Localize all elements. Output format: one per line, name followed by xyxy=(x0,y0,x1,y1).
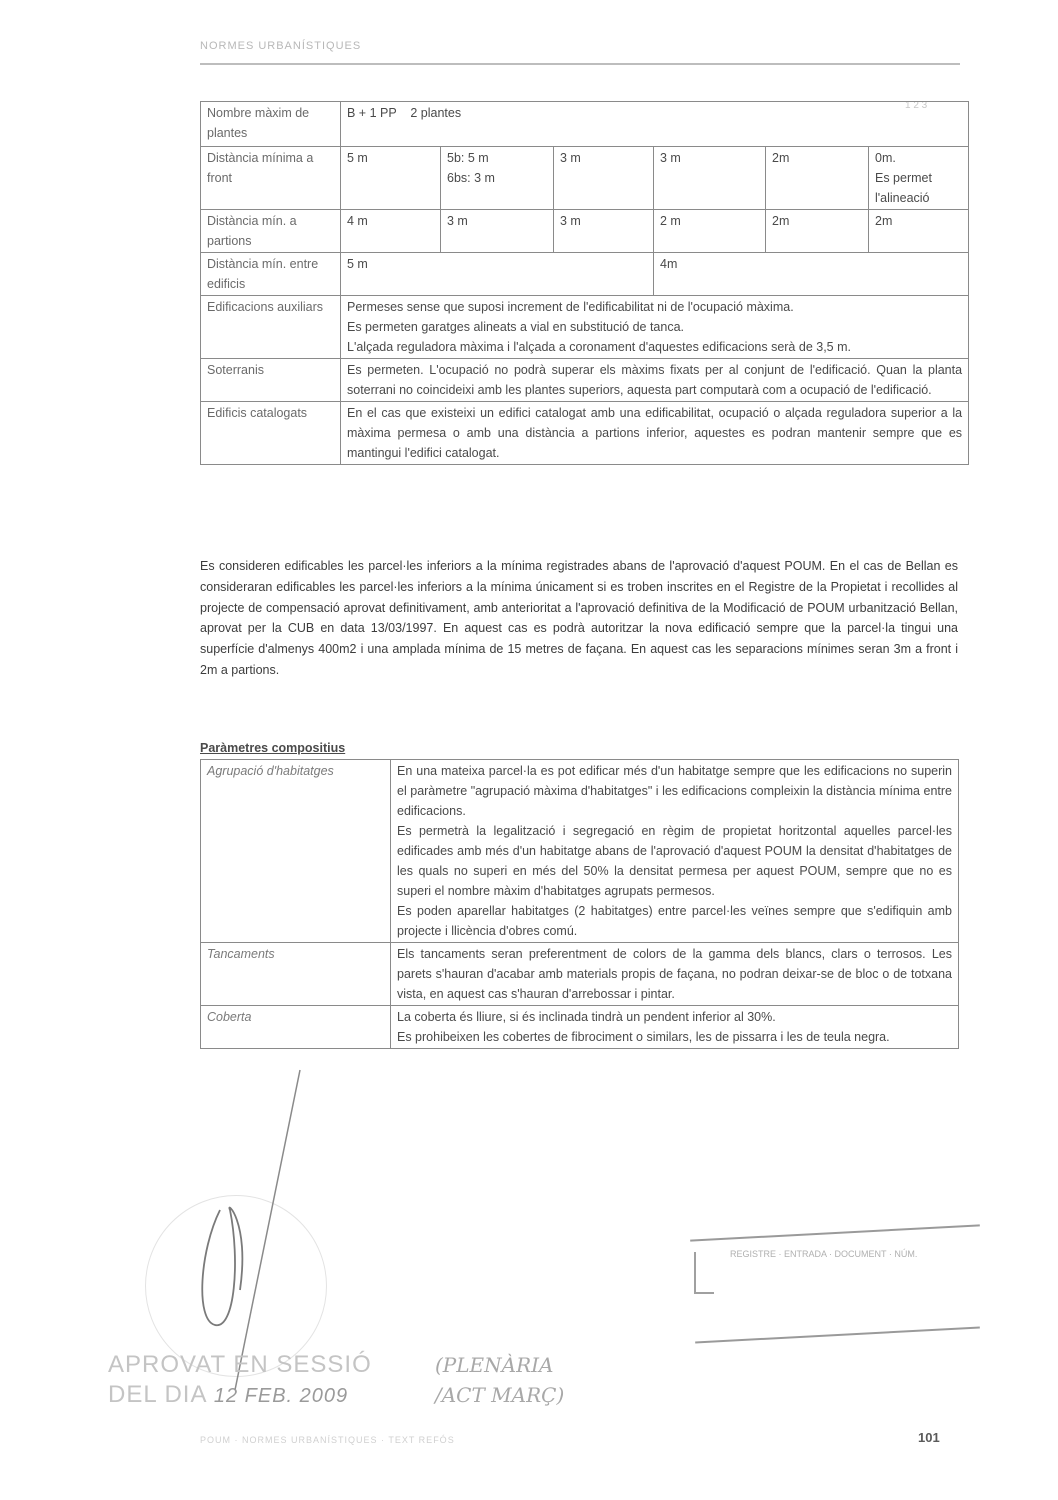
table-row: Distància mín. a partions 4 m 3 m 3 m 2 … xyxy=(201,210,969,253)
approval-date: 12 FEB. 2009 xyxy=(214,1385,348,1407)
stamp-rule-top xyxy=(690,1224,980,1241)
footer-text: POUM · NORMES URBANÍSTIQUES · TEXT REFÓS xyxy=(200,1435,455,1445)
approval-line-2: DEL DIA 12 FEB. 2009 xyxy=(108,1380,372,1411)
table-cell: Permeses sense que suposi increment de l… xyxy=(341,296,969,359)
table-cell: 3 m xyxy=(441,210,554,253)
table-cell: 0m. Es permet l'alineació xyxy=(869,147,969,210)
table-cell: 2 m xyxy=(654,210,766,253)
approval-label: DEL DIA xyxy=(108,1381,206,1408)
table-cell: B + 1 PP 2 plantes xyxy=(341,102,969,147)
table-cell: 3 m xyxy=(654,147,766,210)
table-cell: 5 m xyxy=(341,147,441,210)
table-row: Soterranis Es permeten. L'ocupació no po… xyxy=(201,359,969,402)
row-label: Edificacions auxiliars xyxy=(201,296,341,359)
row-label: Distància mín. entre edificis xyxy=(201,253,341,296)
page-number: 101 xyxy=(918,1430,940,1445)
registry-text: REGISTRE · ENTRADA · DOCUMENT · NÚM. xyxy=(730,1247,970,1261)
table-cell: En el cas que existeixi un edifici catal… xyxy=(341,402,969,465)
table-cell: 5b: 5 m 6bs: 3 m xyxy=(441,147,554,210)
table-cell: 3 m xyxy=(554,147,654,210)
table-cell: Els tancaments seran preferentment de co… xyxy=(391,943,959,1006)
row-label: Agrupació d'habitatges xyxy=(201,760,391,943)
body-paragraph: Es consideren edificables les parcel·les… xyxy=(200,556,958,681)
table-cell: En una mateixa parcel·la es pot edificar… xyxy=(391,760,959,943)
approval-line-1: APROVAT EN SESSIÓ xyxy=(108,1350,372,1380)
document-page: NORMES URBANÍSTIQUES 1 2 3 Nombre màxim … xyxy=(0,0,1058,1500)
parameters-table: Nombre màxim de plantes B + 1 PP 2 plant… xyxy=(200,101,969,465)
table-row: Distància mín. entre edificis 5 m 4m xyxy=(201,253,969,296)
stamp-bracket xyxy=(694,1252,714,1294)
table-cell: 4m xyxy=(654,253,969,296)
composition-table: Agrupació d'habitatges En una mateixa pa… xyxy=(200,759,959,1049)
row-label: Distància mín. a partions xyxy=(201,210,341,253)
handwritten-line-2: /ACT MARÇ) xyxy=(435,1380,564,1410)
table-cell: Es permeten. L'ocupació no podrà superar… xyxy=(341,359,969,402)
table-cell: 2m xyxy=(766,210,869,253)
table-row: Edificacions auxiliars Permeses sense qu… xyxy=(201,296,969,359)
handwritten-line-1: (PLENÀRIA xyxy=(435,1350,564,1380)
table-row: Coberta La coberta és lliure, si és incl… xyxy=(201,1006,959,1049)
table-row: Agrupació d'habitatges En una mateixa pa… xyxy=(201,760,959,943)
running-header: NORMES URBANÍSTIQUES xyxy=(200,40,361,52)
table-cell: 2m xyxy=(869,210,969,253)
section-title: Paràmetres compositius xyxy=(200,741,345,755)
row-label: Soterranis xyxy=(201,359,341,402)
row-label: Distància mínima a front xyxy=(201,147,341,210)
handwritten-note: (PLENÀRIA /ACT MARÇ) xyxy=(435,1350,564,1410)
table-cell: 4 m xyxy=(341,210,441,253)
row-label: Edificis catalogats xyxy=(201,402,341,465)
approval-stamp: APROVAT EN SESSIÓ DEL DIA 12 FEB. 2009 xyxy=(108,1350,372,1411)
table-cell: La coberta és lliure, si és inclinada ti… xyxy=(391,1006,959,1049)
header-rule xyxy=(200,63,960,65)
registry-stamp: REGISTRE · ENTRADA · DOCUMENT · NÚM. xyxy=(690,1222,980,1347)
signature-mark xyxy=(180,1060,330,1400)
table-row: Distància mínima a front 5 m 5b: 5 m 6bs… xyxy=(201,147,969,210)
row-label: Nombre màxim de plantes xyxy=(201,102,341,147)
stamp-rule-bottom xyxy=(695,1327,980,1344)
table-row: Nombre màxim de plantes B + 1 PP 2 plant… xyxy=(201,102,969,147)
row-label: Tancaments xyxy=(201,943,391,1006)
table-row: Tancaments Els tancaments seran preferen… xyxy=(201,943,959,1006)
table-cell: 3 m xyxy=(554,210,654,253)
table-row: Edificis catalogats En el cas que existe… xyxy=(201,402,969,465)
row-label: Coberta xyxy=(201,1006,391,1049)
table-cell: 5 m xyxy=(341,253,654,296)
table-cell: 2m xyxy=(766,147,869,210)
